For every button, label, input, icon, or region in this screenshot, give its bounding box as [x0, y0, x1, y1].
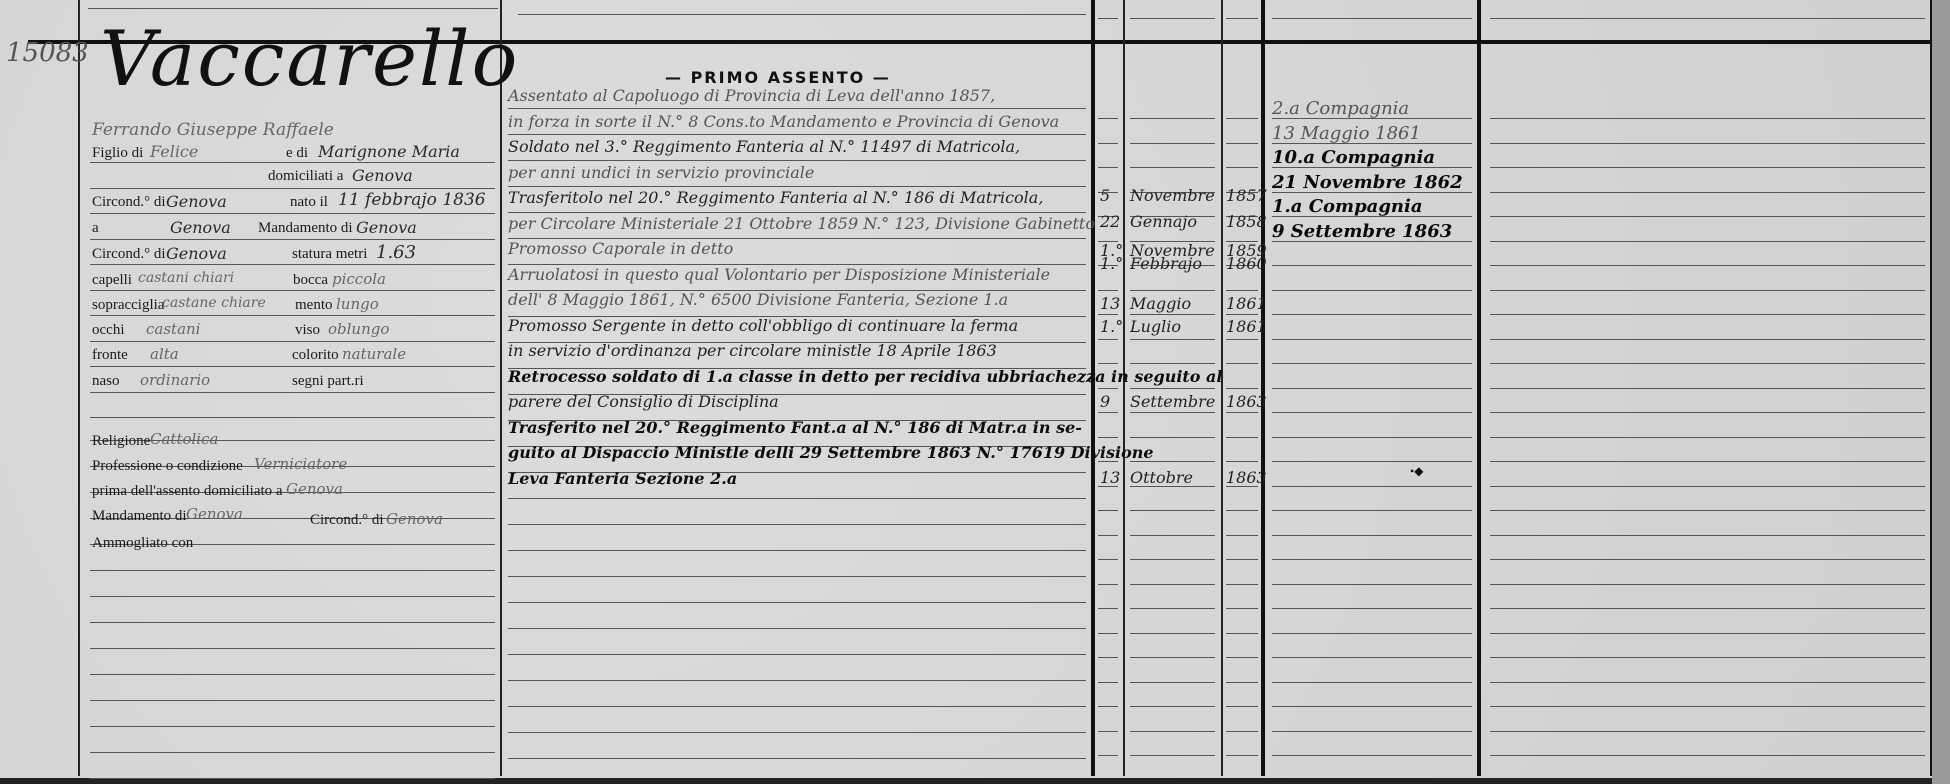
- ruled-line: [1098, 143, 1118, 144]
- value-mouth: piccola: [332, 270, 386, 288]
- service-line: per Circolare Ministeriale 21 Ottobre 18…: [508, 214, 1095, 233]
- ruled-line: [1272, 339, 1472, 340]
- ruled-line: [1098, 755, 1118, 756]
- ruled-line: [1272, 682, 1472, 683]
- ruled-line: [1226, 167, 1258, 168]
- ruled-line: [1098, 657, 1118, 658]
- label-domiciled: domiciliati a: [268, 168, 343, 185]
- ruled-line: [1226, 510, 1258, 511]
- ruled-line: [518, 14, 1086, 15]
- date-month: Luglio: [1130, 317, 1181, 336]
- ruled-line: [1490, 682, 1925, 683]
- date-year: 1861: [1226, 294, 1267, 313]
- ruled-line: [1490, 706, 1925, 707]
- label-height: statura metri: [292, 246, 367, 263]
- ruled-line: [1130, 510, 1215, 511]
- ruled-line: [90, 315, 495, 316]
- service-line: in servizio d'ordinanza per circolare mi…: [508, 341, 997, 360]
- ruled-line: [1098, 706, 1118, 707]
- ruled-line: [1490, 118, 1925, 119]
- ruled-line: [1098, 559, 1118, 560]
- ruled-line: [1272, 363, 1472, 364]
- service-line: Trasferito nel 20.° Reggimento Fant.a al…: [508, 418, 1082, 437]
- company-divider: [1477, 0, 1481, 776]
- ruled-line: [1226, 657, 1258, 658]
- value-nose: ordinario: [140, 371, 210, 389]
- ruled-line: [1226, 314, 1258, 315]
- label-circond2: Circond.° di: [92, 246, 166, 263]
- ruled-line: [1490, 314, 1925, 315]
- ruled-line: [1490, 412, 1925, 413]
- ruled-line: [90, 341, 495, 342]
- value-eyes: castani: [146, 320, 200, 338]
- label-at: a: [92, 220, 99, 237]
- ruled-line: [508, 628, 1086, 629]
- date-divider: [1261, 0, 1265, 776]
- ruled-line: [90, 752, 495, 753]
- label-nose: naso: [92, 373, 120, 390]
- ruled-line: [88, 8, 498, 9]
- value-at: Genova: [170, 218, 231, 237]
- ruled-line: [1098, 314, 1118, 315]
- ruled-line: [1272, 314, 1472, 315]
- ruled-line: [1130, 363, 1215, 364]
- ruled-line: [1226, 461, 1258, 462]
- ruled-line: [1098, 339, 1118, 340]
- ruled-line: [1226, 143, 1258, 144]
- ruled-line: [1130, 584, 1215, 585]
- service-line: dell' 8 Maggio 1861, N.° 6500 Divisione …: [508, 290, 1008, 309]
- ruled-line: [1226, 584, 1258, 585]
- ruled-line: [1490, 290, 1925, 291]
- date-year: 1861: [1226, 317, 1267, 336]
- ruled-line: [508, 134, 1086, 135]
- ruled-line: [90, 290, 495, 291]
- ruled-line: [1130, 657, 1215, 658]
- ruled-line: [1490, 388, 1925, 389]
- ruled-line: [1490, 143, 1925, 144]
- label-profession: Professione o condizione: [92, 458, 243, 475]
- value-circond3: Genova: [386, 510, 443, 528]
- ruled-line: [1490, 167, 1925, 168]
- ruled-line: [508, 550, 1086, 551]
- ruled-line: [1490, 241, 1925, 242]
- ruled-line: [1272, 706, 1472, 707]
- date-day: 13: [1100, 468, 1120, 487]
- label-religion: Religione: [92, 433, 150, 450]
- day-divider: [1123, 0, 1125, 776]
- ruled-line: [90, 213, 495, 214]
- date-day: 1.°: [1100, 254, 1123, 273]
- value-complexion: naturale: [342, 345, 406, 363]
- ruled-line: [1098, 363, 1118, 364]
- ruled-line: [1272, 755, 1472, 756]
- service-line: guito al Dispaccio Ministle delli 29 Set…: [508, 443, 1154, 462]
- ruled-line: [1130, 143, 1215, 144]
- date-year: 1860: [1226, 254, 1267, 273]
- ink-blot: •◆: [1410, 464, 1423, 479]
- ruled-line: [1130, 559, 1215, 560]
- value-profession: Verniciatore: [254, 455, 347, 473]
- ruled-line: [1490, 755, 1925, 756]
- ruled-line: [1226, 363, 1258, 364]
- value-domiciled: Genova: [352, 166, 413, 185]
- register-page: 15083 Vaccarello Ferrando Giuseppe Raffa…: [0, 0, 1938, 784]
- ruled-line: [1130, 388, 1215, 389]
- ruled-line: [1098, 633, 1118, 634]
- ruled-line: [1130, 633, 1215, 634]
- ruled-line: [1490, 731, 1925, 732]
- ruled-line: [1272, 486, 1472, 487]
- register-number: 15083: [6, 38, 89, 68]
- ruled-line: [1098, 412, 1118, 413]
- service-line: Promosso Sergente in detto coll'obbligo …: [508, 316, 1018, 335]
- date-day: 13: [1100, 294, 1120, 313]
- ruled-line: [1130, 412, 1215, 413]
- ruled-line: [1272, 608, 1472, 609]
- ruled-line: [1490, 192, 1925, 193]
- ruled-line: [508, 498, 1086, 499]
- ruled-line: [1098, 18, 1118, 19]
- label-chin: mento: [295, 297, 333, 314]
- date-day: 5: [1100, 186, 1110, 205]
- label-domicile-before: prima dell'assento domiciliato a: [92, 483, 283, 500]
- service-line: Arruolatosi in questo qual Volontario pe…: [508, 265, 1050, 284]
- label-mandamento2: Mandamento di: [92, 508, 187, 525]
- ruled-line: [1098, 731, 1118, 732]
- date-year: 1858: [1226, 212, 1267, 231]
- ruled-line: [1130, 731, 1215, 732]
- ruled-line: [1098, 510, 1118, 511]
- ruled-line: [1226, 633, 1258, 634]
- date-month: Settembre: [1130, 392, 1215, 411]
- ruled-line: [1130, 535, 1215, 536]
- value-hair: castani chiari: [138, 270, 234, 286]
- ruled-line: [1226, 731, 1258, 732]
- ruled-line: [90, 188, 495, 189]
- value-father: Felice: [150, 142, 198, 161]
- label-complexion: colorito: [292, 347, 339, 364]
- ruled-line: [90, 622, 495, 623]
- date-month: Ottobre: [1130, 468, 1193, 487]
- ruled-line: [1272, 510, 1472, 511]
- page-edge: [1932, 0, 1950, 784]
- ruled-line: [90, 417, 495, 418]
- given-names: Ferrando Giuseppe Raffaele: [92, 120, 334, 140]
- ruled-line: [1226, 682, 1258, 683]
- ruled-line: [90, 366, 495, 367]
- label-mother: e di: [286, 145, 308, 162]
- label-married: Ammogliato con: [92, 535, 193, 552]
- ruled-line: [1098, 608, 1118, 609]
- ruled-line: [1272, 731, 1472, 732]
- service-line: Assentato al Capoluogo di Provincia di L…: [508, 86, 995, 105]
- ruled-line: [1226, 608, 1258, 609]
- ruled-line: [1490, 535, 1925, 536]
- date-day: 1.°: [1100, 317, 1123, 336]
- value-mother: Marignone Maria: [318, 142, 460, 161]
- margin-divider: [78, 0, 80, 776]
- date-day: 22: [1100, 212, 1120, 231]
- ruled-line: [1272, 657, 1472, 658]
- ruled-line: [1226, 388, 1258, 389]
- ruled-line: [1272, 461, 1472, 462]
- ruled-line: [1130, 314, 1215, 315]
- ruled-line: [1272, 18, 1472, 19]
- ruled-line: [1490, 18, 1925, 19]
- date-month: Gennajo: [1130, 212, 1197, 231]
- ruled-line: [1226, 437, 1258, 438]
- date-year: 1863: [1226, 468, 1267, 487]
- date-year: 1863: [1226, 392, 1267, 411]
- ruled-line: [1130, 18, 1215, 19]
- ruled-line: [508, 576, 1086, 577]
- label-forehead: fronte: [92, 347, 128, 364]
- value-born: 11 febbrajo 1836: [338, 190, 486, 210]
- surname: Vaccarello: [100, 14, 519, 103]
- value-religion: Cattolica: [150, 430, 218, 448]
- ruled-line: [1098, 437, 1118, 438]
- ruled-line: [1130, 682, 1215, 683]
- ruled-line: [90, 674, 495, 675]
- ruled-line: [508, 602, 1086, 603]
- ruled-line: [1490, 657, 1925, 658]
- ruled-line: [1130, 437, 1215, 438]
- ruled-line: [1226, 412, 1258, 413]
- ruled-line: [90, 596, 495, 597]
- ruled-line: [1490, 559, 1925, 560]
- ruled-line: [90, 726, 495, 727]
- company-entry: 2.a Compagnia: [1272, 98, 1409, 119]
- ruled-line: [1272, 559, 1472, 560]
- ruled-line: [90, 648, 495, 649]
- value-forehead: alta: [150, 345, 179, 363]
- ruled-line: [1272, 412, 1472, 413]
- label-mandamento1: Mandamento di: [258, 220, 353, 237]
- date-year: 1857: [1226, 186, 1267, 205]
- service-line: per anni undici in servizio provinciale: [508, 163, 814, 182]
- ruled-line: [1490, 510, 1925, 511]
- ruled-line: [1272, 388, 1472, 389]
- ruled-line: [1130, 118, 1215, 119]
- ruled-line: [1130, 290, 1215, 291]
- label-born: nato il: [290, 194, 328, 211]
- ruled-line: [1490, 363, 1925, 364]
- label-hair: capelli: [92, 272, 132, 289]
- ruled-line: [1490, 265, 1925, 266]
- ruled-line: [1098, 167, 1118, 168]
- value-circond2: Genova: [166, 244, 227, 263]
- ruled-line: [1490, 339, 1925, 340]
- ruled-line: [1490, 608, 1925, 609]
- company-entry: 10.a Compagnia: [1272, 147, 1435, 168]
- ruled-line: [508, 186, 1086, 187]
- ruled-line: [1272, 535, 1472, 536]
- ruled-line: [508, 680, 1086, 681]
- ruled-line: [1490, 486, 1925, 487]
- ruled-line: [1272, 633, 1472, 634]
- ruled-line: [90, 239, 495, 240]
- ruled-line: [1490, 437, 1925, 438]
- service-line: parere del Consiglio di Disciplina: [508, 392, 779, 411]
- ruled-line: [1490, 633, 1925, 634]
- service-line: Soldato nel 3.° Reggimento Fanteria al N…: [508, 137, 1020, 156]
- company-entry: 1.a Compagnia: [1272, 196, 1423, 217]
- ruled-line: [1226, 290, 1258, 291]
- ruled-line: [90, 570, 495, 571]
- ruled-line: [1098, 388, 1118, 389]
- company-entry: 9 Settembre 1863: [1272, 221, 1452, 242]
- value-face: oblungo: [328, 320, 389, 338]
- ruled-line: [1130, 339, 1215, 340]
- label-marks: segni part.ri: [292, 373, 364, 390]
- ruled-line: [508, 758, 1086, 759]
- ruled-line: [1130, 608, 1215, 609]
- service-line: Retrocesso soldato di 1.a classe in dett…: [508, 367, 1222, 386]
- value-mandamento2: Genova: [186, 505, 243, 523]
- value-eyebrows: castane chiare: [162, 295, 266, 311]
- label-eyes: occhi: [92, 322, 124, 339]
- ruled-line: [508, 706, 1086, 707]
- ruled-line: [1490, 216, 1925, 217]
- ruled-line: [1098, 584, 1118, 585]
- value-chin: lungo: [336, 295, 379, 313]
- ruled-line: [90, 700, 495, 701]
- value-mandamento1: Genova: [356, 218, 417, 237]
- value-domicile-before: Genova: [286, 480, 343, 498]
- ruled-line: [1130, 167, 1215, 168]
- ruled-line: [1098, 290, 1118, 291]
- label-mouth: bocca: [293, 272, 328, 289]
- ruled-line: [508, 160, 1086, 161]
- value-circond1: Genova: [166, 192, 227, 211]
- ruled-line: [1130, 755, 1215, 756]
- ruled-line: [1272, 584, 1472, 585]
- value-height: 1.63: [376, 242, 416, 263]
- date-month: Maggio: [1130, 294, 1191, 313]
- ruled-line: [1226, 706, 1258, 707]
- label-father: Figlio di: [92, 145, 143, 162]
- personal-info-divider: [500, 0, 502, 776]
- ruled-line: [508, 732, 1086, 733]
- service-line: Leva Fanteria Sezione 2.a: [508, 469, 737, 488]
- service-line: Trasferitolo nel 20.° Reggimento Fanteri…: [508, 188, 1043, 207]
- ruled-line: [508, 654, 1086, 655]
- ruled-line: [1226, 339, 1258, 340]
- ruled-line: [1226, 559, 1258, 560]
- ruled-line: [1098, 535, 1118, 536]
- ruled-line: [508, 524, 1086, 525]
- date-month: Febbrajo: [1130, 254, 1202, 273]
- ruled-line: [1490, 461, 1925, 462]
- date-month: Novembre: [1130, 186, 1215, 205]
- company-entry: 13 Maggio 1861: [1272, 123, 1421, 144]
- ruled-line: [1226, 755, 1258, 756]
- ruled-line: [1490, 584, 1925, 585]
- service-line: Promosso Caporale in detto: [508, 239, 733, 258]
- ruled-line: [1098, 682, 1118, 683]
- ruled-line: [1130, 706, 1215, 707]
- ruled-line: [508, 108, 1086, 109]
- ruled-line: [1272, 437, 1472, 438]
- ruled-line: [1226, 535, 1258, 536]
- label-face: viso: [295, 322, 320, 339]
- ruled-line: [1226, 118, 1258, 119]
- service-divider: [1091, 0, 1095, 776]
- label-eyebrows: sopracciglia: [92, 297, 164, 314]
- date-day: 9: [1100, 392, 1110, 411]
- section-title: — PRIMO ASSENTO —: [665, 68, 891, 87]
- label-circond1: Circond.° di: [92, 194, 166, 211]
- ruled-line: [90, 162, 495, 163]
- ruled-line: [1272, 290, 1472, 291]
- month-divider: [1221, 0, 1223, 776]
- ruled-line: [1226, 18, 1258, 19]
- ruled-line: [90, 392, 495, 393]
- ruled-line: [90, 778, 495, 779]
- label-circond3: Circond.° di: [310, 512, 384, 529]
- company-entry: 21 Novembre 1862: [1272, 172, 1463, 193]
- ruled-line: [1272, 265, 1472, 266]
- service-line: in forza in sorte il N.° 8 Cons.to Manda…: [508, 112, 1059, 131]
- ruled-line: [90, 264, 495, 265]
- ruled-line: [1098, 118, 1118, 119]
